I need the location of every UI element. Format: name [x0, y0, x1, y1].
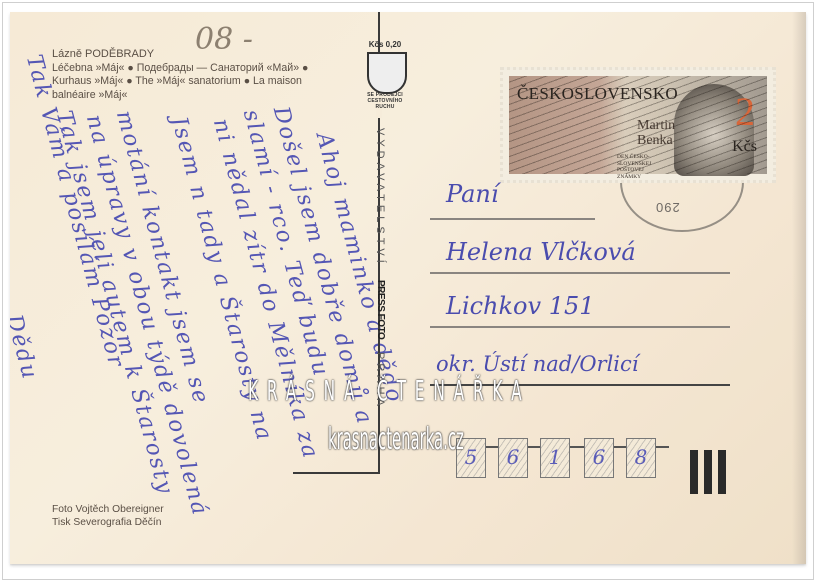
watermark-title: KRÁSNÁ ČTENÁŘKA	[248, 374, 530, 407]
address-street: Lichkov 151	[446, 292, 595, 320]
postmark-text: 290	[655, 200, 680, 215]
zip-digit: 6	[585, 445, 613, 469]
printed-caption: Lázně PODĚBRADY Léčebna »Máj« ● Подебрад…	[52, 48, 352, 102]
caption-title: Lázně PODĚBRADY	[52, 48, 352, 62]
caption-line: balnéaire »Máj«	[52, 89, 352, 103]
photo-credits: Foto Vojtěch Obereigner Tisk Severografi…	[52, 503, 164, 529]
address-name: Helena Vlčková	[446, 238, 636, 266]
shield-icon	[367, 52, 407, 94]
caption-line: Léčebna »Máj« ● Подебрады — Санаторий «М…	[52, 62, 352, 76]
print-credit: Tisk Severografia Děčín	[52, 516, 164, 529]
zip-box: 6	[498, 438, 528, 478]
address-salutation: Paní	[446, 180, 499, 208]
barcode-bar	[690, 450, 698, 494]
barcode-bar	[718, 450, 726, 494]
postage-stamp: ČESKOSLOVENSKO Martin Benka DEN ČESKO-SL…	[500, 67, 776, 183]
postcard: 08 - Lázně PODĚBRADY Léčebna »Máj« ● Под…	[10, 12, 806, 564]
publisher-logo: Kčs 0,20 SE PRODEJCI CESTOVNÍHO RUCHU	[361, 40, 409, 104]
logo-price: Kčs 0,20	[361, 40, 409, 49]
divider-foot	[293, 472, 380, 474]
zip-digit: 8	[627, 445, 655, 469]
watermark-url: krasnactenarka.cz	[328, 422, 464, 457]
zip-box: 1	[540, 438, 570, 478]
stamp-artwork: ČESKOSLOVENSKO Martin Benka DEN ČESKO-SL…	[509, 76, 767, 174]
barcode-bar	[704, 450, 712, 494]
address-rule	[430, 326, 730, 328]
address-rule	[430, 272, 730, 274]
message-signature: Dědu	[10, 312, 42, 383]
publisher-name: VYDAVATELSTVÍ	[374, 128, 386, 267]
publisher-brand: PRESS FOTO	[375, 280, 386, 339]
photo-credit: Foto Vojtěch Obereigner	[52, 503, 164, 516]
address-city: okr. Ústí nad/Orlicí	[436, 352, 638, 376]
zip-box: 6	[584, 438, 614, 478]
address-rule	[430, 218, 595, 220]
zip-digit: 1	[541, 445, 569, 469]
zip-box: 8	[626, 438, 656, 478]
caption-line: Kurhaus »Máj« ● The »Máj« sanatorium ● L…	[52, 75, 352, 89]
zip-digit: 6	[499, 445, 527, 469]
cancellation-lines	[509, 76, 767, 174]
logo-ring-text: SE PRODEJCI CESTOVNÍHO RUCHU	[363, 92, 407, 110]
